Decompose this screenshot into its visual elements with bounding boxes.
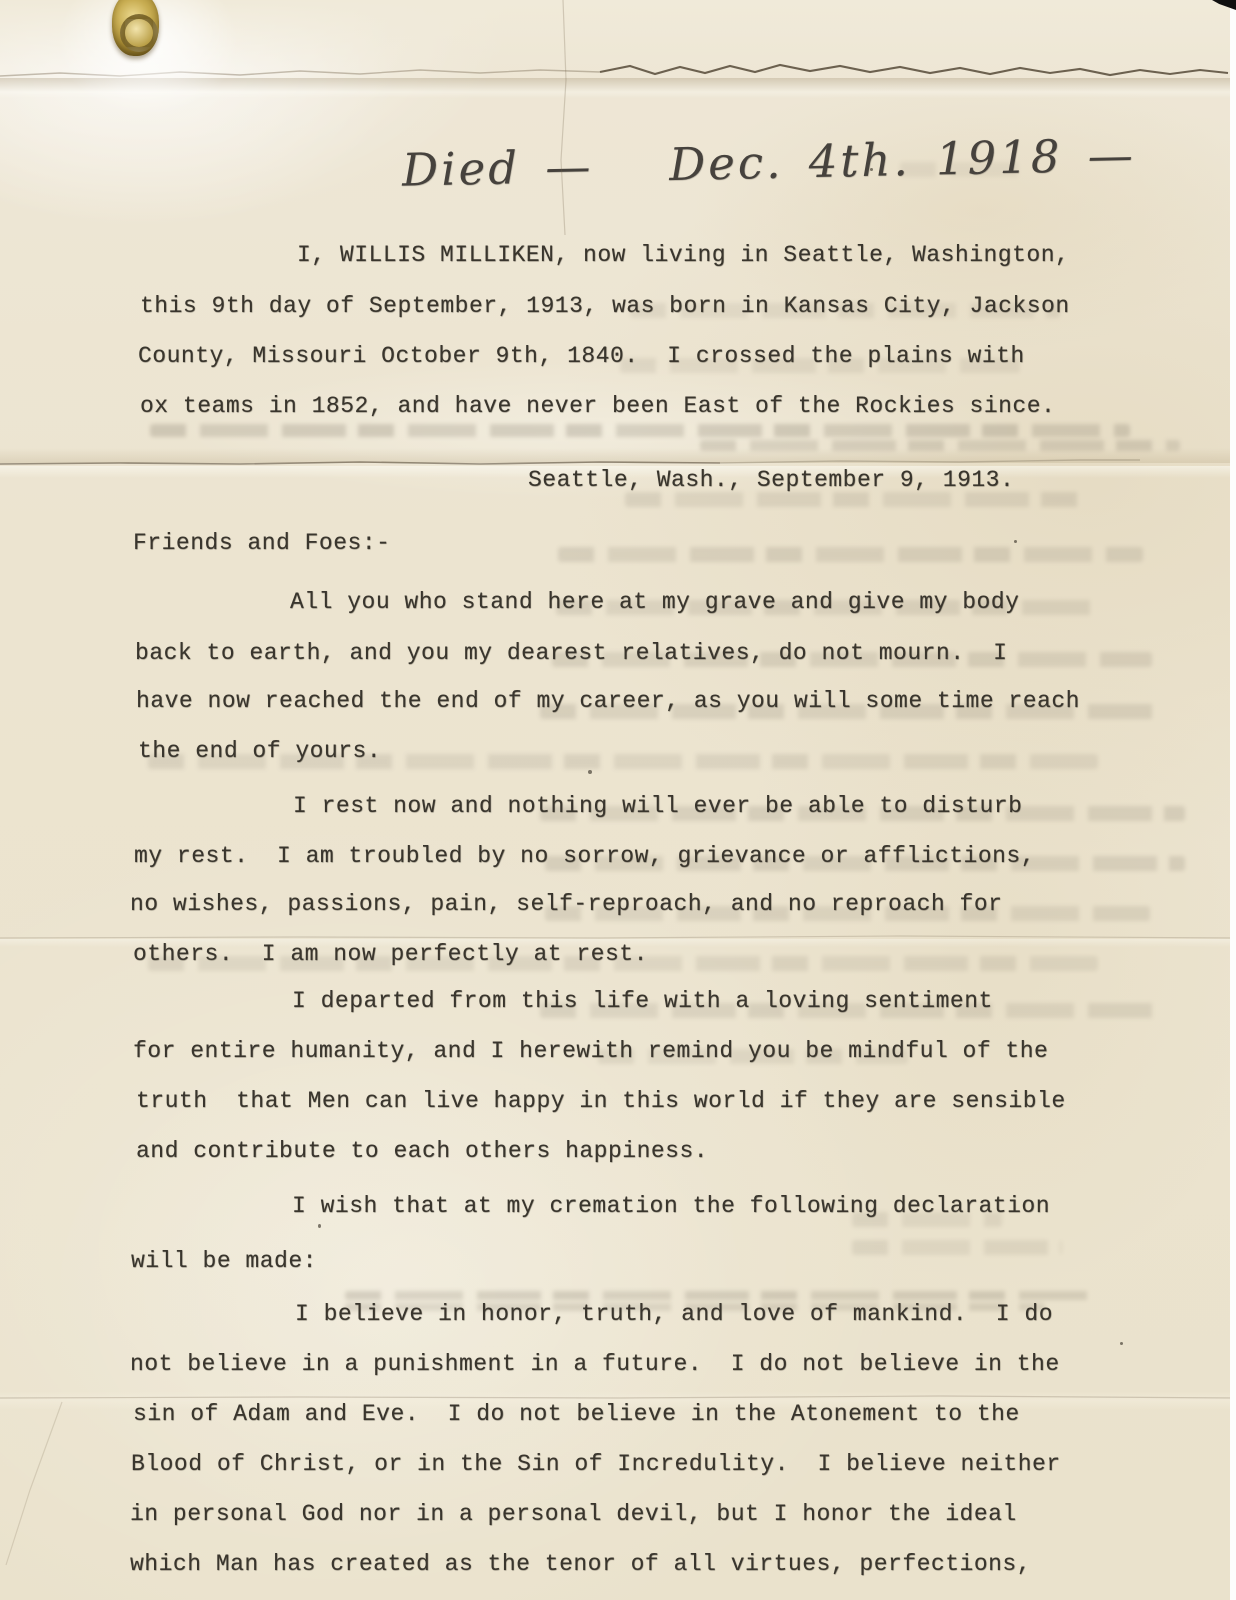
scanned-letter-page: Died — Dec. 4th. 1918 — I, WILLIS MILLIK…	[0, 0, 1236, 1600]
typed-line: in personal God nor in a personal devil,…	[130, 1502, 1017, 1528]
typed-line: Blood of Christ, or in the Sin of Incred…	[131, 1452, 1061, 1478]
scan-edge	[1230, 0, 1236, 1600]
ink-speck	[1120, 1342, 1123, 1345]
typed-line: this 9th day of September, 1913, was bor…	[140, 294, 1070, 320]
brass-fastener	[112, 0, 159, 56]
typed-line: my rest. I am troubled by no sorrow, gri…	[134, 844, 1035, 870]
typed-line: the end of yours.	[138, 739, 381, 765]
bleed-through-line	[558, 547, 1143, 562]
typed-line: sin of Adam and Eve. I do not believe in…	[133, 1402, 1020, 1428]
ink-speck	[1014, 540, 1017, 543]
typed-line: I wish that at my cremation the followin…	[292, 1194, 1050, 1220]
handwritten-death-date: Died — Dec. 4th. 1918 —	[402, 128, 1137, 196]
typed-line: ox teams in 1852, and have never been Ea…	[140, 394, 1055, 420]
typed-line: for entire humanity, and I herewith remi…	[133, 1039, 1048, 1065]
bleed-through-line	[150, 424, 1130, 437]
typed-line: have now reached the end of my career, a…	[136, 689, 1080, 715]
typed-line: All you who stand here at my grave and g…	[290, 590, 1019, 616]
ink-speck	[588, 770, 592, 774]
typed-line: will be made:	[131, 1249, 317, 1275]
salutation: Friends and Foes:-	[133, 531, 390, 557]
typed-line: County, Missouri October 9th, 1840. I cr…	[138, 344, 1025, 370]
typed-line: and contribute to each others happiness.	[136, 1139, 708, 1165]
typed-line: truth that Men can live happy in this wo…	[136, 1089, 1066, 1115]
bleed-through-line	[700, 440, 1180, 451]
bleed-through-line	[852, 1240, 1062, 1255]
bleed-through-line	[345, 1291, 1090, 1300]
typed-line: I rest now and nothing will ever be able…	[293, 794, 1022, 820]
typed-line: others. I am now perfectly at rest.	[133, 942, 648, 968]
bleed-through-line	[625, 492, 1085, 507]
dateline: Seattle, Wash., September 9, 1913.	[528, 468, 1014, 494]
typed-line: I believe in honor, truth, and love of m…	[295, 1302, 1053, 1328]
typed-line: I, WILLIS MILLIKEN, now living in Seattl…	[297, 243, 1069, 269]
typed-line: which Man has created as the tenor of al…	[130, 1552, 1031, 1578]
typed-line: back to earth, and you my dearest relati…	[135, 641, 1007, 667]
ink-speck	[318, 1224, 321, 1228]
typed-line: no wishes, passions, pain, self-reproach…	[130, 892, 1002, 918]
typed-line: I departed from this life with a loving …	[292, 989, 993, 1015]
ink-speck	[870, 168, 873, 171]
typed-line: not believe in a punishment in a future.…	[130, 1352, 1060, 1378]
